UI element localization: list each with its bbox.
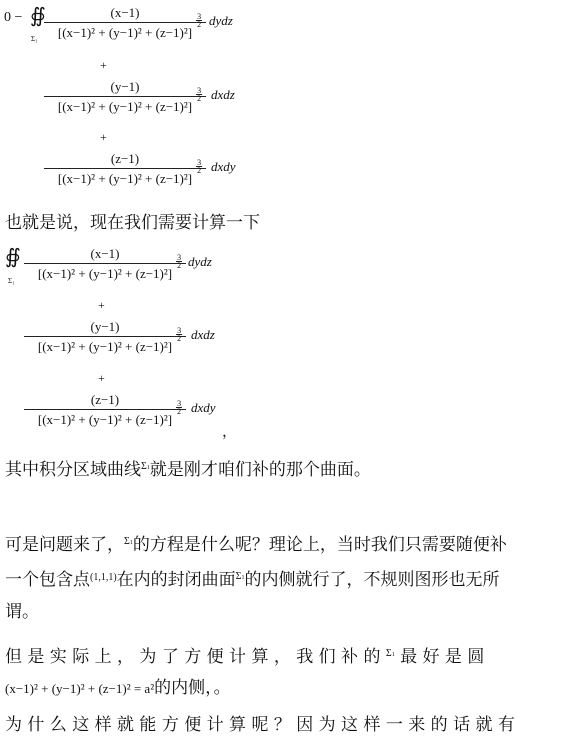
point-coordinates: (1,1,1) — [90, 572, 117, 583]
paragraph-why: 为 什 么 这 样 就 能 方 便 计 算 呢 ？ 因 为 这 样 一 来 的 … — [5, 714, 515, 736]
numerator: (z−1) — [111, 150, 139, 168]
numerator: (z−1) — [91, 391, 119, 409]
zero-minus: 0 − — [4, 10, 22, 26]
numerator: (y−1) — [91, 318, 120, 336]
sphere-equation: (x−1)² + (y−1)² + (z−1)² = a² — [5, 681, 154, 696]
denominator: [(x−1)² + (y−1)² + (z−1)²] 32 — [38, 264, 172, 282]
sigma-1-symbol: Σ1 — [124, 536, 133, 547]
fraction-term-2: (y−1) [(x−1)² + (y−1)² + (z−1)²] 32 — [24, 318, 186, 355]
differential: dxdy — [211, 159, 236, 175]
plus-sign: + — [98, 298, 105, 313]
denominator: [(x−1)² + (y−1)² + (z−1)²] 32 — [58, 97, 192, 115]
differential: dxdz — [191, 327, 215, 343]
fraction-term-2: (y−1) [(x−1)² + (y−1)² + (z−1)²] 32 — [44, 78, 206, 115]
paragraph-need-to-compute: 也就是说，现在我们需要计算一下 — [5, 212, 260, 234]
sigma-1-symbol: Σ1 — [141, 461, 150, 472]
sigma-1-symbol: Σ1 — [386, 648, 395, 659]
denominator: [(x−1)² + (y−1)² + (z−1)²] 32 — [38, 337, 172, 355]
integral-subscript: Σ₁ — [8, 277, 15, 285]
closed-surface-integral-icon: ∯ — [5, 246, 21, 266]
trailing-comma: ， — [222, 420, 237, 441]
plus-sign: + — [100, 58, 107, 73]
numerator: (y−1) — [111, 78, 140, 96]
differential: dydz — [209, 13, 233, 29]
differential: dydz — [188, 254, 212, 270]
denominator: [(x−1)² + (y−1)² + (z−1)²] 32 — [58, 23, 192, 41]
numerator: (x−1) — [111, 4, 140, 22]
fraction-term-3: (z−1) [(x−1)² + (y−1)² + (z−1)²] 32 — [24, 391, 186, 428]
differential: dxdy — [191, 400, 216, 416]
denominator: [(x−1)² + (y−1)² + (z−1)²] 32 — [58, 169, 192, 187]
sigma-1-symbol: Σ1 — [236, 571, 245, 582]
plus-sign: + — [98, 371, 105, 386]
fraction-term-3: (z−1) [(x−1)² + (y−1)² + (z−1)²] 32 — [44, 150, 206, 187]
integral-subscript: Σ₁ — [31, 35, 38, 43]
paragraph-integration-region: 其中积分区域曲线Σ1就是刚才咱们补的那个曲面。 — [5, 456, 371, 481]
differential: dxdz — [211, 87, 235, 103]
fraction-term-1: (x−1) [(x−1)² + (y−1)² + (z−1)²] 32 — [44, 4, 206, 41]
fraction-term-1: (x−1) [(x−1)² + (y−1)² + (z−1)²] 32 — [24, 245, 186, 282]
plus-sign: + — [100, 130, 107, 145]
denominator: [(x−1)² + (y−1)² + (z−1)²] 32 — [38, 410, 172, 428]
numerator: (x−1) — [91, 245, 120, 263]
